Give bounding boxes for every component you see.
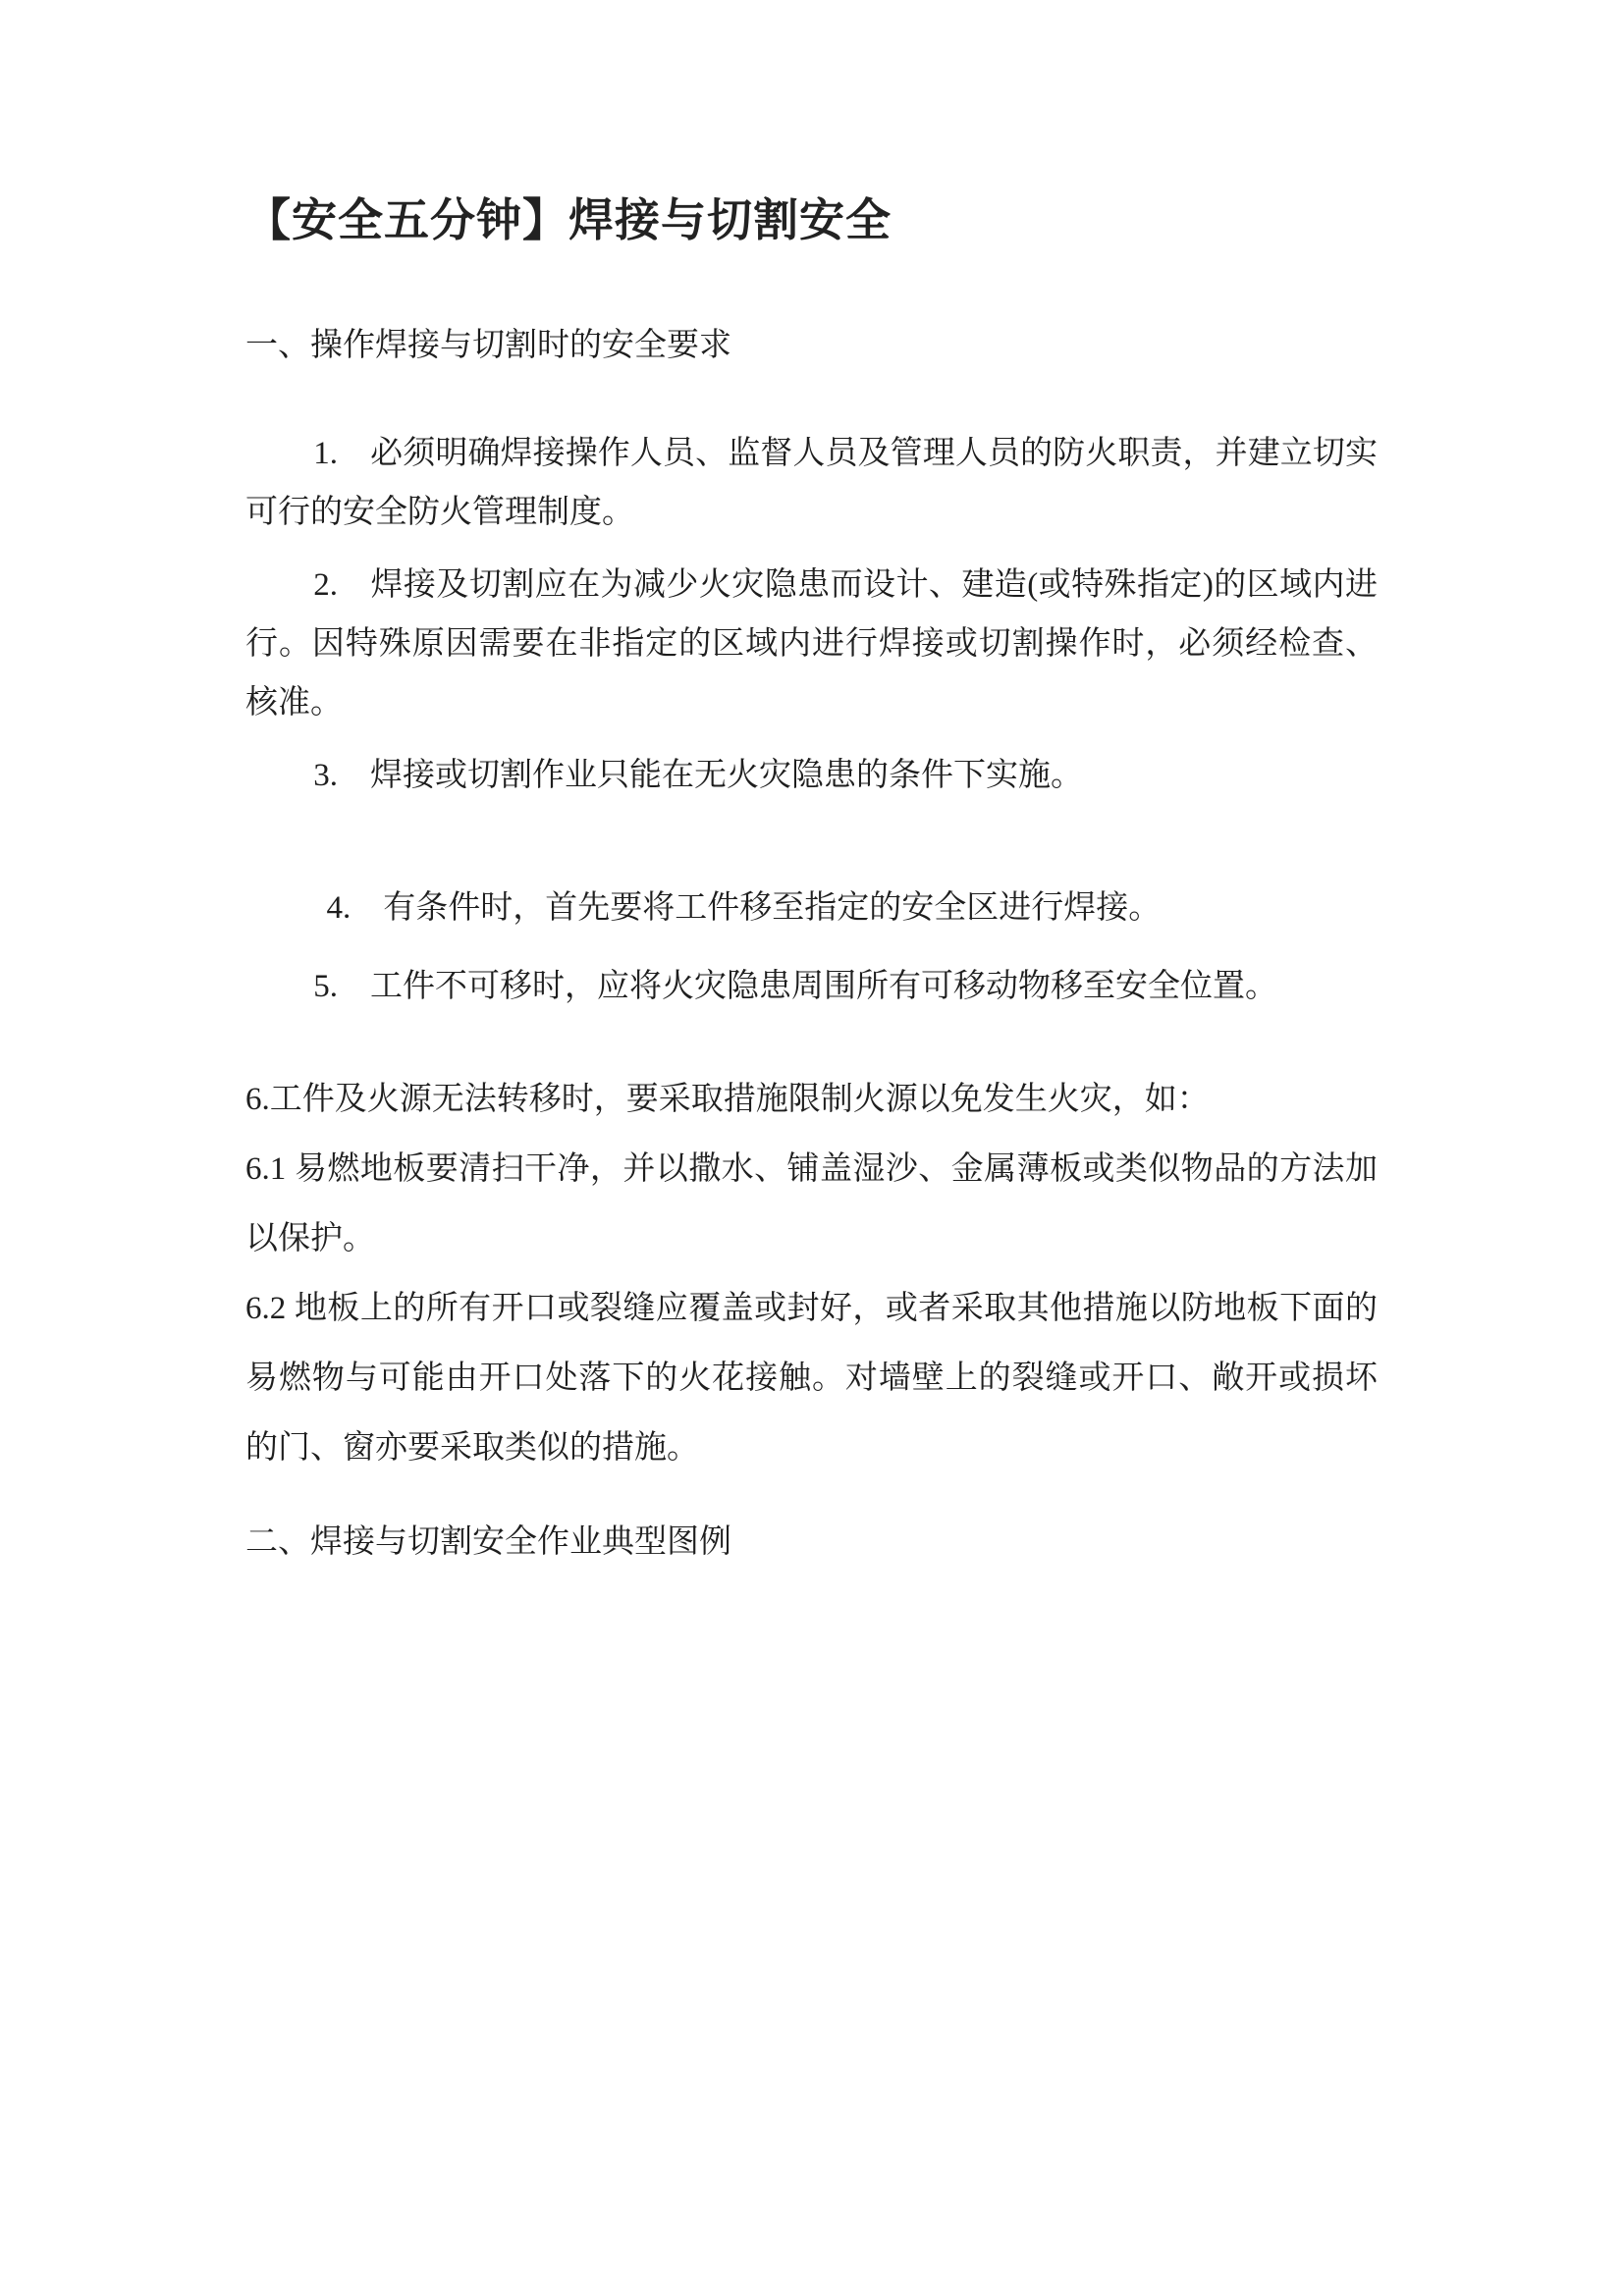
safety-item-6: 6.工件及火源无法转移时，要采取措施限制火源以免发生火灾，如：	[245, 1065, 1378, 1135]
safety-item-6-2: 6.2 地板上的所有开口或裂缝应覆盖或封好，或者采取其他措施以防地板下面的易燃物…	[245, 1274, 1378, 1483]
safety-item-3: 3. 焊接或切割作业只能在无火灾隐患的条件下实施。	[245, 746, 1378, 805]
document-title: 【安全五分钟】焊接与切割安全	[245, 0, 1378, 247]
safety-item-2: 2. 焊接及切割应在为减少火灾隐患而设计、建造(或特殊指定)的区域内进行。因特殊…	[245, 556, 1378, 732]
section-one-heading: 一、操作焊接与切割时的安全要求	[245, 322, 1378, 369]
section-two-heading: 二、焊接与切割安全作业典型图例	[245, 1519, 1378, 1566]
safety-item-1: 1. 必须明确焊接操作人员、监督人员及管理人员的防火职责，并建立切实可行的安全防…	[245, 424, 1378, 542]
document-page: 【安全五分钟】焊接与切割安全 一、操作焊接与切割时的安全要求 1. 必须明确焊接…	[0, 0, 1623, 2296]
safety-item-5: 5. 工件不可移时，应将火灾隐患周围所有可移动物移至安全位置。	[245, 957, 1378, 1016]
safety-item-6-1: 6.1 易燃地板要清扫干净，并以撒水、铺盖湿沙、金属薄板或类似物品的方法加以保护…	[245, 1135, 1378, 1274]
document-content: 【安全五分钟】焊接与切割安全 一、操作焊接与切割时的安全要求 1. 必须明确焊接…	[0, 0, 1623, 1566]
safety-item-4: 4. 有条件时，首先要将工件移至指定的安全区进行焊接。	[245, 879, 1378, 937]
